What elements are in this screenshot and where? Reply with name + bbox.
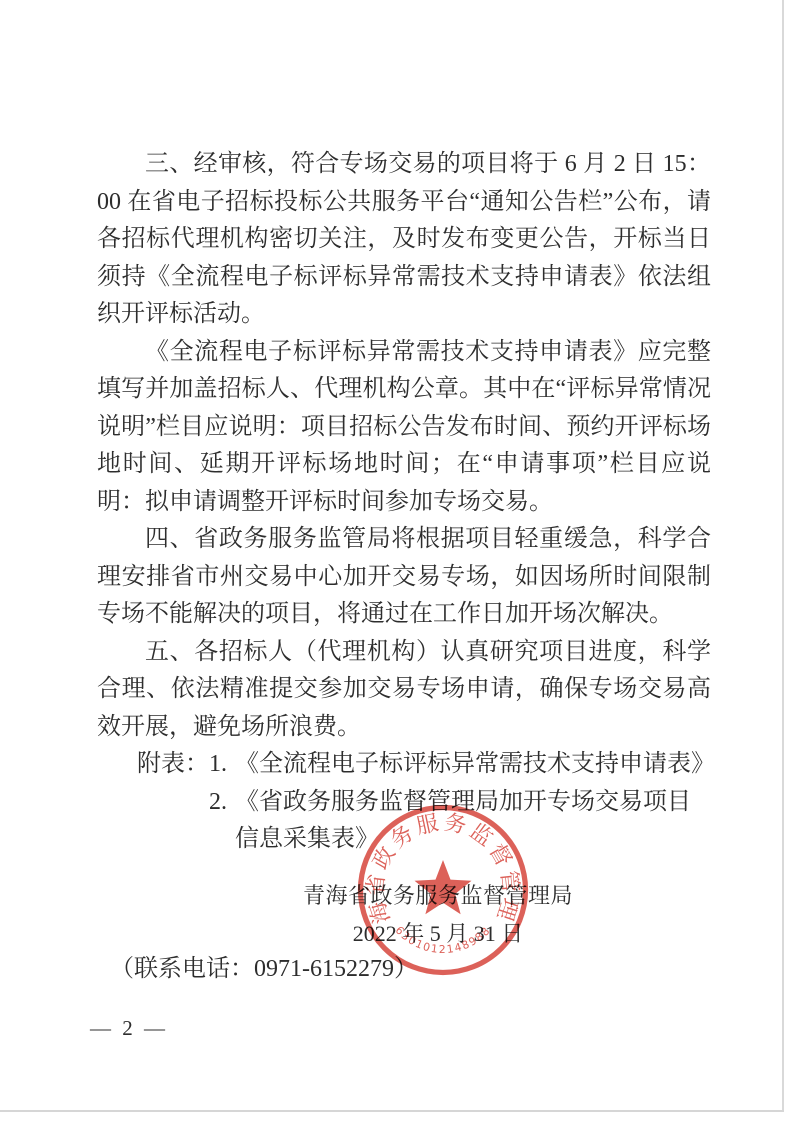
paragraph: 三、经审核，符合专场交易的项目将于 6 月 2 日 15：00 在省电子招标投标… [97, 146, 711, 334]
attachment-number: 2. [209, 784, 227, 859]
attachment-number: 1. [209, 746, 227, 784]
official-seal-graphic: 青海省政务服务监督管理局 6301012148988 [353, 800, 533, 980]
attachment-item: 1. 《全流程电子标评标异常需技术支持申请表》 [209, 746, 711, 784]
paragraph: 五、各招标人（代理机构）认真研究项目进度，科学合理、依法精准提交参加交易专场申请… [97, 634, 711, 747]
paragraph: 四、省政务服务监管局将根据项目轻重缓急，科学合理安排省市州交易中心加开交易专场，… [97, 521, 711, 634]
attachment-title: 《全流程电子标评标异常需技术支持申请表》 [235, 746, 711, 784]
page-edge-right [782, 0, 784, 1112]
page-number: — 2 — [90, 1016, 168, 1041]
official-seal: 青海省政务服务监督管理局 6301012148988 [353, 800, 533, 980]
seal-ring-text: 青海省政务服务监督管理局 [353, 800, 523, 927]
seal-star-icon [415, 860, 472, 914]
document-page: 三、经审核，符合专场交易的项目将于 6 月 2 日 15：00 在省电子招标投标… [0, 0, 793, 1121]
paragraph: 《全流程电子标评标异常需技术支持申请表》应完整填写并加盖招标人、代理机构公章。其… [97, 334, 711, 522]
seal-serial-number: 6301012148988 [393, 924, 494, 956]
document-body: 三、经审核，符合专场交易的项目将于 6 月 2 日 15：00 在省电子招标投标… [97, 146, 711, 859]
attachment-label: 附表： [137, 746, 209, 859]
page-edge-bottom [0, 1110, 784, 1112]
